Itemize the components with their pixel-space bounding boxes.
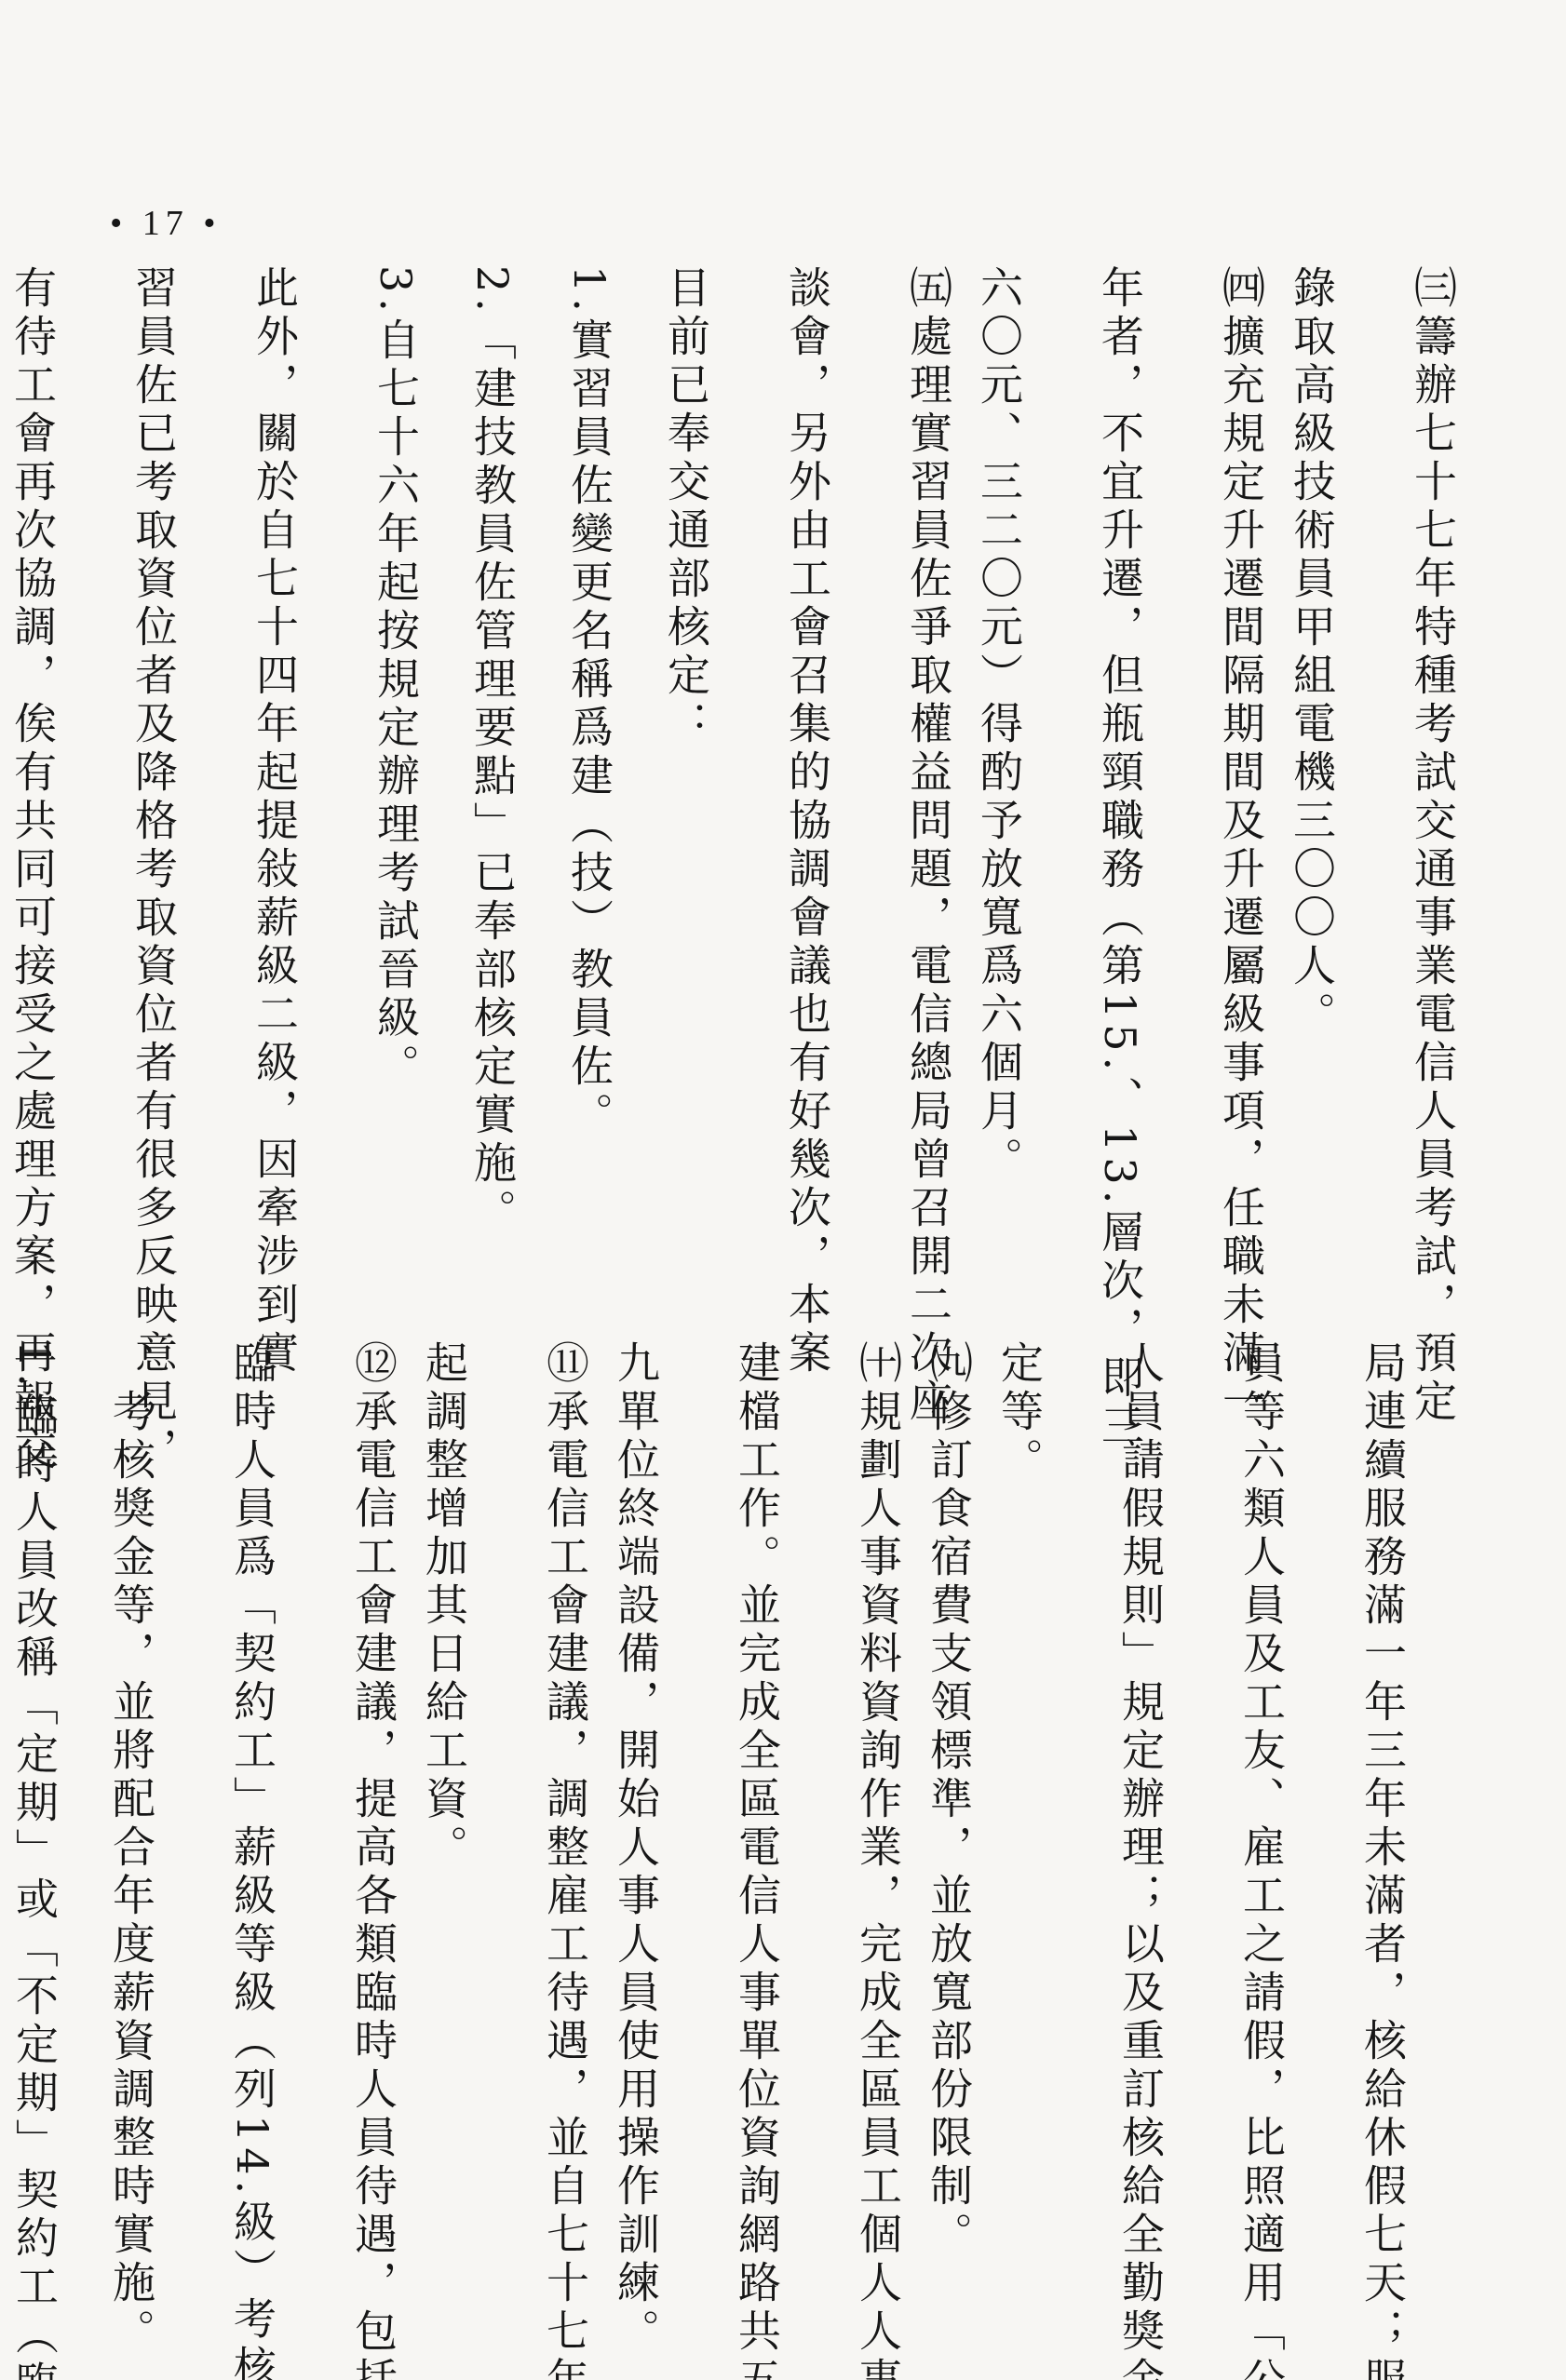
text-column: 習員佐已考取資位者及降格考取資位者有很多反映意見， — [118, 265, 239, 1271]
text-column: ⑪承電信工會建議，調整雇工待遇，並自七十七年一月 — [530, 1340, 601, 2346]
text-column: 員等六類人員及工友、雇工之請假，比照適用「公務 — [1226, 1340, 1347, 2346]
text-column: 六〇元、三二〇元）得酌予放寬爲六個月。 — [964, 265, 1085, 1271]
text-column: 人員請假規則」規定辦理；以及重訂核給全勤獎金規 — [1105, 1340, 1226, 2346]
text-block-bottom: 局連續服務滿一年三年未滿者，核給休假七天；服務員等六類人員及工友、雇工之請假，比… — [90, 1340, 1468, 2346]
text-column: 、考核獎金等，並將配合年度薪資調整時實施。 — [96, 1340, 217, 2346]
text-column: 錄取高級技術員甲組電機三〇〇人。 — [1276, 265, 1397, 1271]
text-column: 2.「建技教員佐管理要點」已奉部核定實施。 — [457, 265, 554, 1271]
text-column: ㈨修訂食宿費支領標準，並放寬部份限制。 — [913, 1340, 984, 2346]
text-column: ㈤處理實習員佐爭取權益問題，電信總局曾召開二次座 — [893, 265, 964, 1271]
text-column: 局連續服務滿一年三年未滿者，核給休假七天；服務 — [1347, 1340, 1468, 2346]
text-column: 起調整增加其日給工資。 — [409, 1340, 530, 2346]
text-column: 1.臨時人員改稱「定期」或「不定期」契約工（臨時 — [0, 1340, 96, 2346]
text-column: 1.實習員佐變更名稱爲建（技）教員佐。 — [554, 265, 651, 1271]
text-column: 建檔工作。並完成全區電信人事單位資詢網路共五十 — [722, 1340, 843, 2346]
text-column: 九單位終端設備，開始人事人員使用操作訓練。 — [601, 1340, 722, 2346]
text-block-top: ㈢籌辦七十七年特種考試交通事業電信人員考試，預定錄取高級技術員甲組電機三〇〇人。… — [90, 265, 1468, 1271]
page-number: • 17 • — [110, 203, 222, 244]
text-column: 3.自七十六年起按規定辦理考試晉級。 — [360, 265, 457, 1271]
text-column: 定等。 — [984, 1340, 1105, 2346]
text-column: 有待工會再次協調，俟有共同可接受之處理方案，再報交 — [0, 265, 118, 1271]
text-column: 此外，關於自七十四年起提敍薪級二級，因牽涉到實 — [239, 265, 360, 1271]
text-column: 目前已奉交通部核定： — [651, 265, 772, 1271]
text-column: ㈢籌辦七十七年特種考試交通事業電信人員考試，預定 — [1397, 265, 1468, 1271]
text-column: ⑫承電信工會建議，提高各類臨時人員待遇，包括改稱 — [338, 1340, 409, 2346]
text-column: 臨時人員爲「契約工」薪級等級（列14.級）考核晉薪 — [217, 1340, 338, 2346]
text-column: ㈩規劃人事資料資詢作業，完成全區員工個人人事資料 — [843, 1340, 913, 2346]
text-column: 年者，不宜升遷，但瓶頸職務（第15.、13.層次，即三 — [1085, 265, 1206, 1271]
text-column: 談會，另外由工會召集的協調會議也有好幾次，本案 — [772, 265, 893, 1271]
text-column: ㈣擴充規定升遷間隔期間及升遷屬級事項，任職未滿一 — [1206, 265, 1276, 1271]
